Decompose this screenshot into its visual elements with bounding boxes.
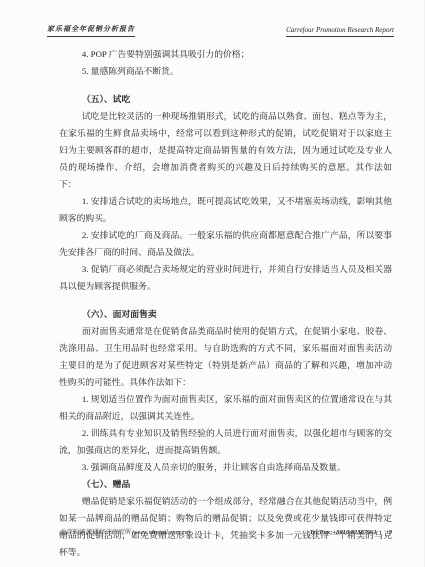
- footer-contact: Tel/Fax:+8610 82387561 9: [310, 529, 392, 536]
- footer-organization: 北京锐迪流通经济研究所 (www.rdretail.com.cn): [59, 527, 190, 536]
- section-5-item-2: 2. 安排试吃的厂商及商品。一般家乐福的供应商都愿意配合推广产品，所以要事先安排…: [59, 227, 392, 261]
- section-6-heading: （六）、面对面售卖: [59, 306, 392, 323]
- lead-item-4: 4. POP 广告要特别强调其具吸引力的价格；: [59, 46, 392, 63]
- section-6-item-2: 2. 训练具有专业知识及销售经验的人员进行面对面售卖，以强化超市与顾客的交流，加…: [59, 425, 392, 459]
- page-number: 9: [389, 529, 392, 536]
- footer-telfax: Tel/Fax:+8610 82387561: [310, 529, 377, 536]
- page-footer: 北京锐迪流通经济研究所 (www.rdretail.com.cn) Tel/Fa…: [59, 527, 392, 536]
- section-5-item-1: 1. 安排适合试吃的卖场地点，既可提高试吃效果，又不堵塞卖场动线，影响其他顾客的…: [59, 193, 392, 227]
- section-5-item-3: 3. 促销厂商必须配合卖场规定的营业时间进行，并须自行安排适当人员及相关器具以便…: [59, 261, 392, 295]
- header-title-zh: 家乐福全年促销分析报告: [47, 24, 135, 37]
- header-title-en: Carrefour Promotion Research Report: [286, 26, 394, 37]
- section-6-item-1: 1. 规划适当位置作为面对面售卖区，家乐福的面对面售卖区的位置通常设在与其相关的…: [59, 391, 392, 425]
- page-header: 家乐福全年促销分析报告 Carrefour Promotion Research…: [47, 24, 394, 37]
- section-6-intro: 面对面售卖通常是在促销食品类商品时使用的促销方式，在促销小家电、胶卷、洗涤用品、…: [59, 323, 392, 391]
- section-7-heading: （七）、赠品: [59, 476, 392, 493]
- document-body: 4. POP 广告要特别强调其具吸引力的价格； 5. 量感陈列商品不断货。 （五…: [59, 46, 392, 561]
- section-5-intro: 试吃是比较灵活的一种现场推销形式，试吃的商品以熟食、面包、糕点等为主，在家乐福的…: [59, 108, 392, 193]
- lead-item-5: 5. 量感陈列商品不断货。: [59, 63, 392, 80]
- section-6-item-3: 3. 强调商品鲜度及人员亲切的服务，并让顾客自由选择商品及数量。: [59, 459, 392, 476]
- report-page: 家乐福全年促销分析报告 Carrefour Promotion Research…: [0, 0, 425, 567]
- section-5-heading: （五）、试吃: [59, 91, 392, 108]
